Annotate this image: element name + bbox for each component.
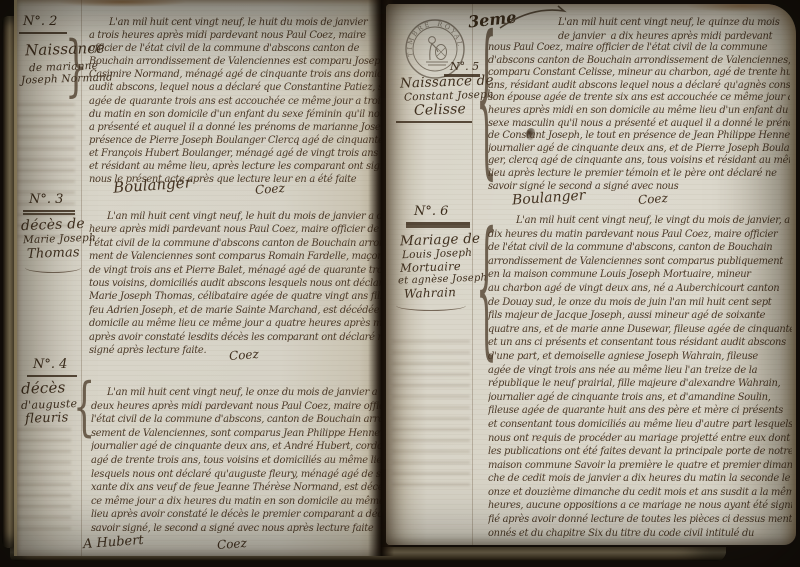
margin-title-line: d'auguste: [21, 397, 78, 412]
act-number: N°. 5: [450, 60, 479, 73]
act-number: N°. 4: [33, 357, 67, 372]
ink-bleedthrough: [17, 420, 71, 538]
underline-rule: [396, 121, 472, 123]
margin-title-line: décès de: [21, 216, 85, 234]
edge-stain: [57, 0, 187, 7]
signature: A Hubert: [83, 533, 145, 552]
flourish-underline: [396, 300, 466, 311]
margin-title-line: Thomas: [27, 245, 80, 262]
margin-title-line: Mortuaire: [400, 259, 461, 275]
act-body: L'an mil huit cent vingt neuf, le vingt …: [488, 214, 792, 542]
signature: Coez: [638, 191, 669, 207]
right-page: 3eme TIMBRE ROYAL N°. 5: [386, 4, 796, 545]
act-body: nous Paul Coez, maire officier de l'état…: [488, 42, 790, 196]
act-number: N°. 3: [29, 192, 63, 207]
margin-title-line: fleuris: [25, 410, 69, 427]
edge-stain: [686, 4, 796, 12]
act-body: L'an mil huit cent vingt neuf, le onze d…: [91, 386, 381, 538]
act-body: L'an mil huit cent vingt neuf, le huit d…: [89, 210, 381, 360]
underline-rule: [19, 32, 67, 34]
act-number: N°. 2: [23, 14, 57, 29]
svg-text:TIMBRE: TIMBRE: [406, 20, 432, 57]
register-double-page: N°. 2 } Naissance de marianne Joseph Nor…: [0, 0, 800, 567]
signature: Coez: [217, 536, 248, 552]
margin-title-line: Celisse: [414, 101, 467, 119]
underline-rule: [23, 210, 75, 212]
margin-title-line: Wahrain: [404, 285, 456, 301]
margin-title-line: décès: [21, 378, 66, 398]
ink-bleedthrough: [392, 334, 470, 494]
underline-rule: [406, 222, 470, 225]
act-opening: L'an mil huit cent vingt neuf, le quinze…: [558, 16, 786, 44]
signature: Coez: [255, 181, 286, 197]
act-body: L'an mil huit cent vingt neuf, le huit d…: [89, 16, 381, 190]
left-page: N°. 2 } Naissance de marianne Joseph Nor…: [14, 0, 381, 556]
act-number: N°. 6: [414, 204, 448, 219]
margin-title-line: et agnèse Joseph: [398, 272, 488, 286]
signature: Coez: [229, 347, 260, 363]
margin-title-line: Marie Joseph: [23, 232, 96, 247]
flourish-underline: [25, 262, 81, 273]
underline-rule: [27, 375, 77, 377]
